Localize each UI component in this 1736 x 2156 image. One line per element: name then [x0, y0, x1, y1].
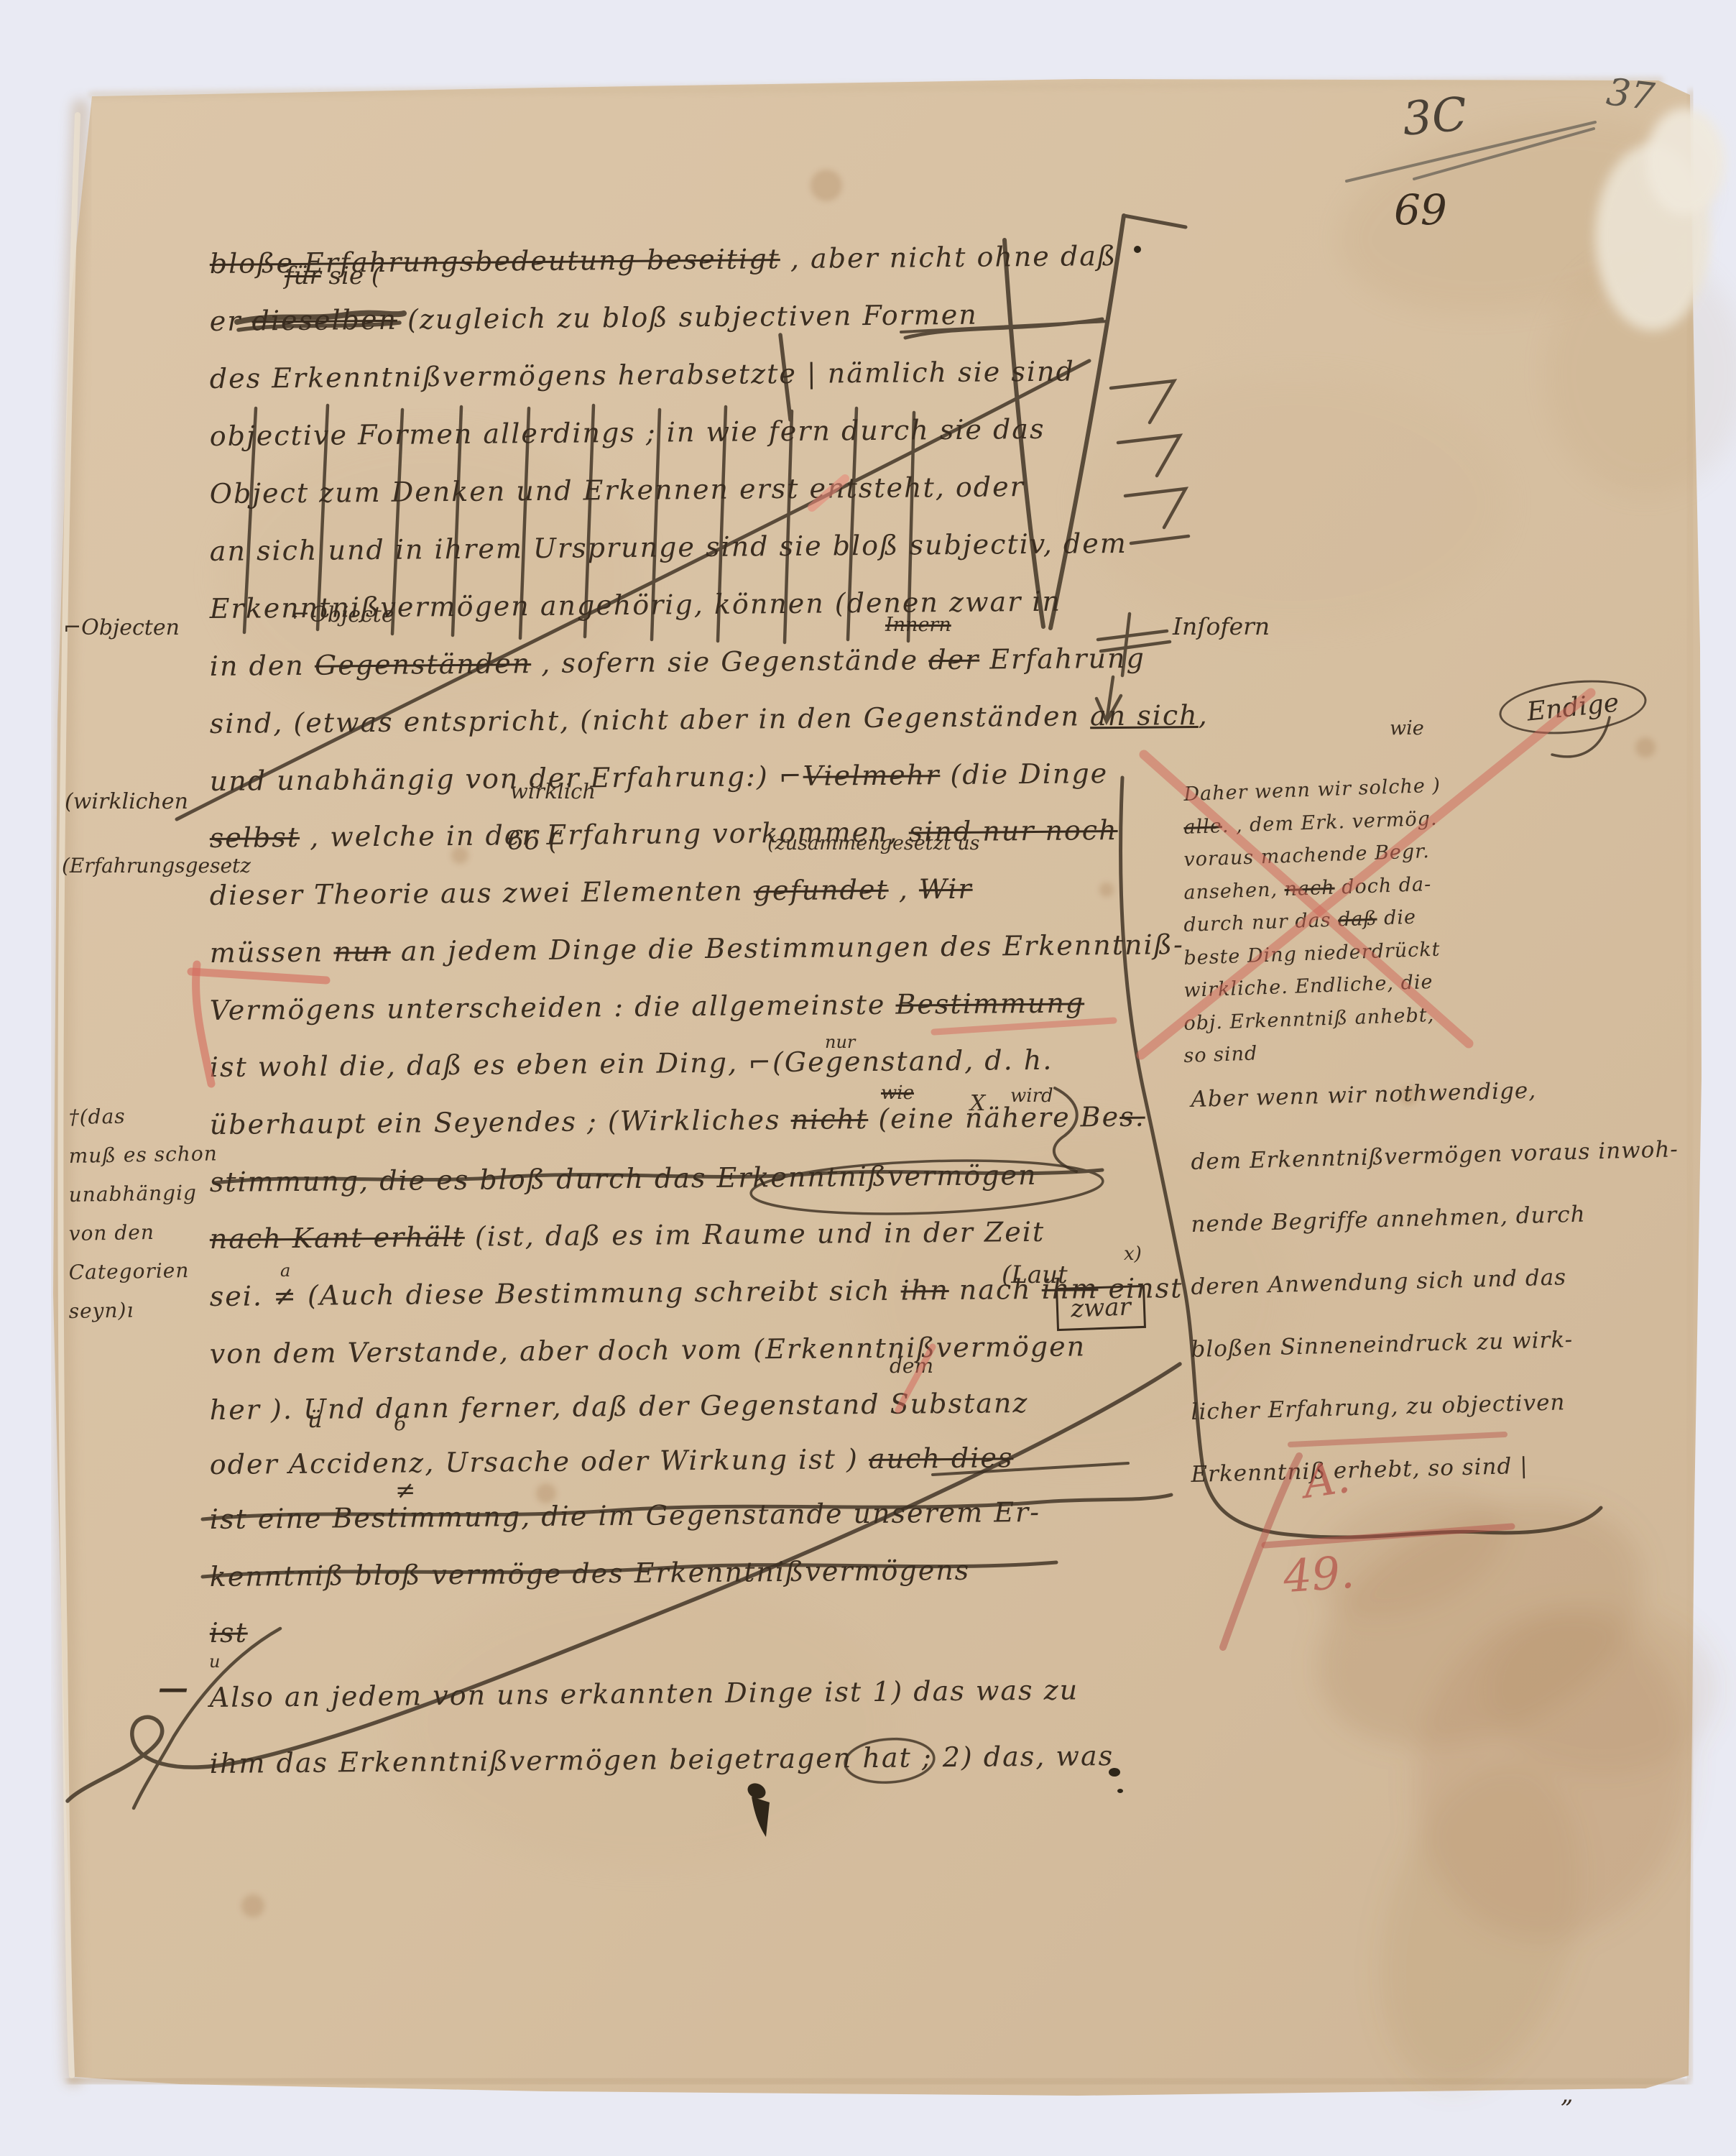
manuscript-line: obj. Erkenntniß anhebt, [1183, 1004, 1435, 1035]
text-segment: muß es schon [68, 1141, 218, 1168]
struck-text: ihn [900, 1274, 948, 1307]
text-segment: ist eine Bestimmung, die im Gegenstande … [210, 1496, 1041, 1535]
text-segment: Aber wenn wir nothwendige, [1191, 1077, 1537, 1112]
text-segment: Erkenntniß erhebt, so sind | [1191, 1453, 1528, 1488]
manuscript-line: an sich und in ihrem Ursprunge sind sie … [210, 528, 1127, 567]
manuscript-line: nende Begriffe annehmen, durch [1191, 1202, 1586, 1238]
manuscript-line: nach Kant erhält (ist, daß es im Raume u… [210, 1216, 1045, 1255]
manuscript-line: Object zum Denken und Erkennen erst ents… [210, 471, 1025, 510]
text-segment: obj. Erkenntniß anhebt, [1183, 1004, 1435, 1035]
manuscript-line: ihm das Erkenntnißvermögen beigetragen h… [210, 1740, 1114, 1779]
text-segment: unabhängig [68, 1181, 197, 1207]
text-segment: , aber nicht ohne daß [780, 240, 1117, 275]
text-segment: her ). Und dann ferner, daß der Gegensta… [210, 1387, 1029, 1426]
bottom-right-marks: „ [1561, 2080, 1574, 2109]
manuscript-line: müssen nun an jedem Dinge die Bestimmung… [210, 929, 1184, 969]
insertion-dem: dem [890, 1354, 933, 1378]
manuscript-line: muß es schon [68, 1141, 218, 1168]
text-segment: nende Begriffe annehmen, durch [1191, 1202, 1586, 1238]
manuscript-line: Vermögens unterscheiden : die allgemeins… [210, 987, 1085, 1026]
struck-text: Wir [919, 873, 973, 906]
text-segment: †(das [68, 1105, 125, 1129]
right-column-heading: Inſofern [1173, 612, 1270, 640]
margin-note-erfahrungsgesetz: (Erfahrungsgesetz [62, 854, 251, 877]
text-segment: Categorien [68, 1258, 189, 1284]
text-segment: an jedem Dinge die Bestimmungen des Erke… [391, 929, 1184, 967]
struck-text: dieselben [251, 304, 397, 337]
struck-text: der [928, 644, 979, 676]
manuscript-line: er dieselben (zugleich zu bloß subjectiv… [210, 299, 978, 337]
struck-text: nun [333, 936, 391, 968]
text-segment: sind, (etwas entspricht, (nicht aber in … [210, 700, 1091, 740]
text-segment: (zugleich zu bloß subjectiven Formen [397, 299, 978, 336]
text-segment: von dem Verstande, aber doch vom (Erkenn… [210, 1330, 1086, 1370]
insertion-x-paren: x) [1124, 1243, 1142, 1265]
insertion-six: 6 [394, 1411, 407, 1435]
insertion-wird: wird [1010, 1085, 1053, 1107]
struck-text: für [285, 262, 321, 290]
text-segment: Vermögens unterscheiden : die allgemeins… [210, 989, 896, 1026]
manuscript-line: Erkenntniß erhebt, so sind | [1191, 1453, 1528, 1488]
text-segment: in den [210, 650, 315, 682]
text-segment: er [210, 305, 252, 337]
circled-word-endige: Endige [1497, 673, 1649, 740]
text-segment: sie ( [321, 262, 381, 290]
insertion-laut: (Laut [1002, 1261, 1068, 1289]
manuscript-line: bloßen Sinneneindruck zu wirk- [1191, 1327, 1573, 1363]
manuscript-line: dieser Theorie aus zwei Elementen gefund… [210, 873, 973, 911]
manuscript-line: von dem Verstande, aber doch vom (Erkenn… [210, 1330, 1086, 1370]
insertion-x-mark: X [970, 1091, 985, 1116]
manuscript-line: Categorien [68, 1258, 189, 1284]
struck-text: Bestimmung [895, 987, 1084, 1020]
manuscript-line: Daher wenn wir solche ) [1183, 775, 1441, 806]
scanned-manuscript-page: bloße Erfahrungsbedeutung beseitigt , ab… [0, 0, 1736, 2156]
text-segment: durch nur das [1183, 909, 1339, 936]
insertion-u-above-also: u [209, 1651, 220, 1672]
manuscript-line: ist wohl die, daß es eben ein Ding, ⌐(Ge… [210, 1044, 1053, 1083]
manuscript-line: objective Formen allerdings ; in wie fer… [210, 413, 1045, 452]
text-segment: Also an jedem von uns erkannten Dinge is… [210, 1674, 1079, 1713]
red-fraction-denominator: 49. [1282, 1546, 1356, 1603]
struck-text: Vielmehr [803, 759, 940, 792]
insertion-wie-right: wie [1390, 717, 1424, 740]
struck-text: gefundet [754, 874, 889, 907]
manuscript-line: selbst , welche in der Erfahrung vorkomm… [210, 814, 1118, 854]
text-segment: deren Anwendung sich und das [1191, 1264, 1566, 1300]
manuscript-line: oder Accidenz, Ursache oder Wirkung ist … [210, 1442, 1014, 1480]
text-segment: , [1198, 699, 1208, 731]
insertion-not-equal: ≠ [395, 1476, 416, 1505]
text-segment: überhaupt ein Seyendes ; (Wirkliches [210, 1104, 791, 1141]
text-segment: zwar [1071, 1293, 1132, 1324]
manuscript-line: licher Erfahrung, zu objectiven [1191, 1389, 1566, 1425]
insertion-a: a [280, 1261, 290, 1281]
text-segment: , [888, 873, 919, 905]
text-segment: voraus machende Begr. [1183, 840, 1430, 871]
manuscript-line: kenntniß bloß vermöge des Erkenntnißverm… [210, 1554, 971, 1593]
text-segment: kenntniß bloß vermöge des Erkenntnißverm… [210, 1554, 971, 1593]
struck-text: s. [1119, 1101, 1145, 1133]
paragraph-dash: — [158, 1670, 188, 1705]
manuscript-line: und unabhängig von der Erfahrung:) ⌐Viel… [210, 757, 1109, 797]
struck-text: nach [1284, 877, 1335, 900]
manuscript-line: ist [210, 1617, 248, 1649]
margin-note-wirklichen: (wirklichen [65, 789, 188, 814]
text-segment: von den [68, 1220, 154, 1245]
text-segment: doch da- [1334, 873, 1432, 899]
manuscript-line: von den [68, 1220, 154, 1245]
insertion-objecte: ⌐Objecte [292, 602, 394, 627]
manuscript-line: stimmung, die es bloß durch das Erkenntn… [210, 1159, 1038, 1198]
text-segment: dem Erkenntnißvermögen voraus inwoh- [1191, 1136, 1679, 1175]
struck-text: alle [1183, 815, 1222, 839]
text-segment: sei. ≠ (Auch diese Bestimmung schreibt s… [210, 1275, 901, 1312]
manuscript-line: ist eine Bestimmung, die im Gegenstande … [210, 1496, 1041, 1535]
text-segment: oder Accidenz, Ursache oder Wirkung ist … [210, 1443, 869, 1480]
insertion-ref-66: 66 ( [507, 826, 558, 856]
manuscript-line: deren Anwendung sich und das [1191, 1264, 1566, 1300]
manuscript-line: wirkliche. Endliche, die [1183, 971, 1433, 1002]
text-segment: beste Ding niederdrückt [1183, 939, 1441, 969]
text-segment: seyn)ı [68, 1298, 134, 1323]
text-segment: , sofern sie Gegenstände [531, 644, 928, 679]
text-segment: müssen [210, 936, 334, 969]
struck-text: auch dies [869, 1442, 1014, 1475]
insertion-zusammengesetzt: (zusammengesetzt us [767, 832, 980, 854]
insertion-umlaut: ü [308, 1406, 323, 1433]
insertion-wie-struck: wie [881, 1082, 914, 1104]
text-segment: wirkliche. Endliche, die [1183, 971, 1433, 1002]
text-segment: an sich und in ihrem Ursprunge sind sie … [210, 528, 1127, 567]
manuscript-line: †(das [68, 1105, 125, 1129]
manuscript-line: des Erkenntnißvermögens herabsetzte | nä… [210, 355, 1075, 395]
text-segment: Endige [1525, 688, 1620, 727]
crossed-page-number: 3C [1400, 88, 1469, 147]
struck-text: selbst [210, 821, 300, 854]
red-fraction-numerator: A. [1300, 1450, 1353, 1508]
text-segment: (ist, daß es im Raume und in der Zeit [465, 1216, 1045, 1253]
manuscript-line: überhaupt ein Seyendes ; (Wirkliches nic… [210, 1101, 1145, 1141]
handwriting-layer: bloße Erfahrungsbedeutung beseitigt , ab… [0, 0, 1736, 2156]
manuscript-line: sind, (etwas entspricht, (nicht aber in … [210, 699, 1209, 740]
text-segment: Object zum Denken und Erkennen erst ents… [210, 471, 1025, 510]
text-segment: die [1377, 906, 1417, 930]
text-segment: Erfahrung [979, 642, 1145, 676]
struck-text: Gegenständen [315, 648, 532, 681]
manuscript-line: alle. , dem Erk. vermög. [1183, 808, 1438, 839]
text-segment: (die Dinge [940, 757, 1108, 791]
manuscript-line: so sind [1183, 1042, 1258, 1067]
text-segment: so sind [1183, 1042, 1258, 1067]
text-segment: an sich [1090, 699, 1199, 732]
insertion-innern-struck: Innern [885, 614, 951, 636]
manuscript-line: ansehen, nach doch da- [1183, 873, 1432, 904]
text-segment: objective Formen allerdings ; in wie fer… [210, 413, 1045, 452]
boxed-word-zwar: zwar [1056, 1285, 1146, 1331]
margin-note-objecten: ⌐Objecten [63, 615, 180, 640]
struck-text: daß [1338, 908, 1377, 931]
text-segment: und unabhängig von der Erfahrung:) ⌐ [210, 760, 803, 797]
text-segment: Daher wenn wir solche ) [1183, 775, 1441, 806]
insertion-nur: nur [825, 1032, 855, 1052]
text-segment: . , dem Erk. vermög. [1222, 808, 1438, 837]
text-segment: ihm das Erkenntnißvermögen beigetragen h… [210, 1740, 1114, 1779]
manuscript-line: her ). Und dann ferner, daß der Gegensta… [210, 1387, 1029, 1426]
text-segment: des Erkenntnißvermögens herabsetzte | nä… [210, 355, 1075, 395]
manuscript-line: voraus machende Begr. [1183, 840, 1430, 871]
manuscript-line: unabhängig [68, 1181, 197, 1207]
text-segment: dieser Theorie aus zwei Elementen [210, 875, 754, 911]
struck-text: nach Kant erhält [210, 1221, 465, 1255]
manuscript-line: seyn)ı [68, 1298, 134, 1323]
folio-number: 37 [1605, 70, 1657, 119]
text-segment: stimmung, die es bloß durch das Erkenntn… [210, 1159, 1038, 1198]
manuscript-line: Aber wenn wir nothwendige, [1191, 1077, 1537, 1112]
manuscript-line: beste Ding niederdrückt [1183, 939, 1441, 969]
struck-text: ist [210, 1617, 248, 1649]
text-segment: bloßen Sinneneindruck zu wirk- [1191, 1327, 1573, 1363]
text-segment: licher Erfahrung, zu objectiven [1191, 1389, 1566, 1425]
struck-text: nicht [790, 1103, 868, 1135]
manuscript-line: Also an jedem von uns erkannten Dinge is… [210, 1674, 1079, 1713]
manuscript-line: dem Erkenntnißvermögen voraus inwoh- [1191, 1136, 1679, 1175]
text-segment: ist wohl die, daß es eben ein Ding, ⌐(Ge… [210, 1044, 1053, 1083]
insertion-wirklich: wirklich [510, 779, 596, 803]
insertion-fuer-sie: für sie ( [285, 262, 381, 290]
manuscript-line: durch nur das daß die [1183, 906, 1417, 936]
text-segment: (eine nähere Be [868, 1101, 1119, 1135]
text-segment: ansehen, [1183, 878, 1285, 904]
ink-page-number: 69 [1394, 185, 1447, 234]
manuscript-line: in den Gegenständen , sofern sie Gegenst… [210, 642, 1145, 682]
